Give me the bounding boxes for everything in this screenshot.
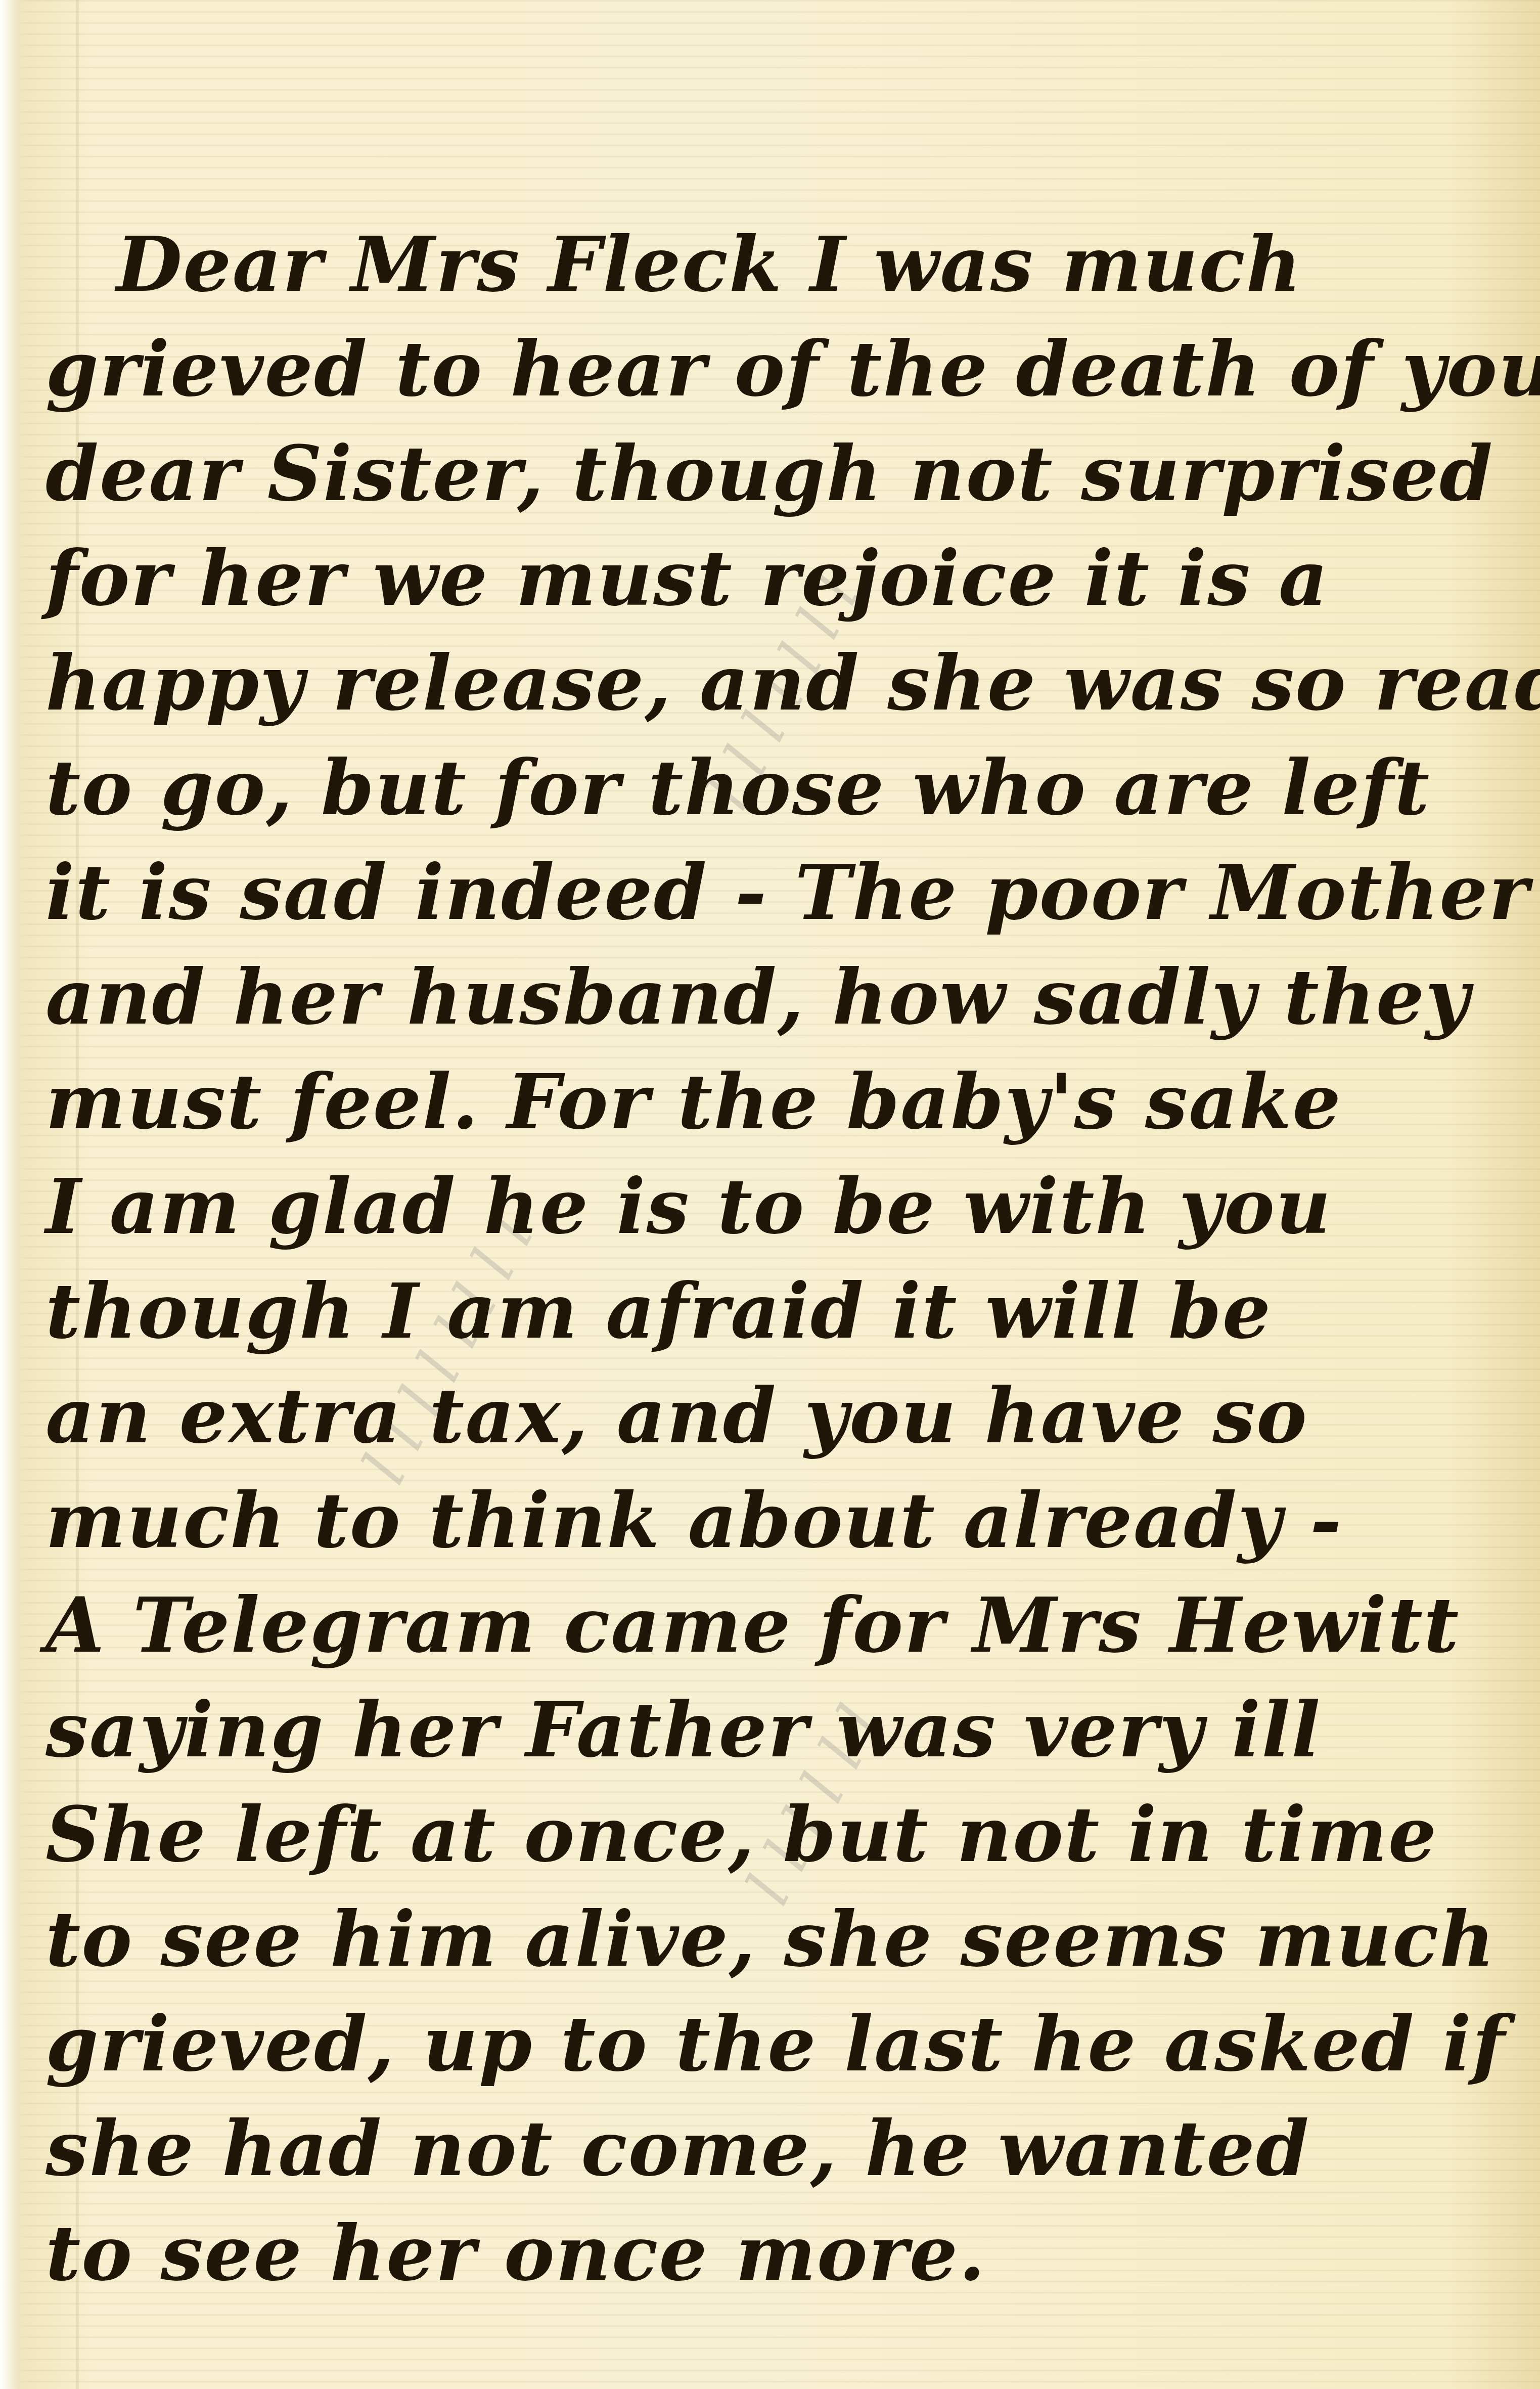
letter-line: for her we must rejoice it is a xyxy=(46,526,1512,631)
letter-line: A Telegram came for Mrs Hewitt xyxy=(46,1573,1512,1678)
letter-line: she had not come, he wanted xyxy=(46,2097,1512,2201)
letter-line: to see him alive, she seems much xyxy=(46,1887,1512,1992)
letter-line: grieved, up to the last he asked if xyxy=(46,1992,1512,2097)
letter-line: grieved to hear of the death of your xyxy=(46,317,1512,422)
letter-line: Dear Mrs Fleck I was much xyxy=(46,212,1512,317)
letter-line: and her husband, how sadly they xyxy=(46,945,1512,1050)
letter-line: I am glad he is to be with you xyxy=(46,1155,1512,1259)
letter-line: much to think about already - xyxy=(46,1469,1512,1573)
letter-line: saying her Father was very ill xyxy=(46,1678,1512,1783)
letter-line: She left at once, but not in time xyxy=(46,1783,1512,1887)
letter-line: though I am afraid it will be xyxy=(46,1259,1512,1364)
letter-line: dear Sister, though not surprised xyxy=(46,422,1512,526)
letter-line: must feel. For the baby's sake xyxy=(46,1050,1512,1155)
letter-line: an extra tax, and you have so xyxy=(46,1364,1512,1469)
letter-body: Dear Mrs Fleck I was much grieved to hea… xyxy=(46,212,1512,2306)
paper-torn-edge xyxy=(0,0,30,2389)
letter-line: to see her once more. xyxy=(46,2201,1512,2306)
letter-line: to go, but for those who are left xyxy=(46,736,1512,840)
letter-page: l l l l l l l l l l l l l l l l l l l l … xyxy=(0,0,1540,2389)
letter-line: it is sad indeed - The poor Mother xyxy=(46,840,1512,945)
letter-line: happy release, and she was so ready xyxy=(46,631,1512,736)
